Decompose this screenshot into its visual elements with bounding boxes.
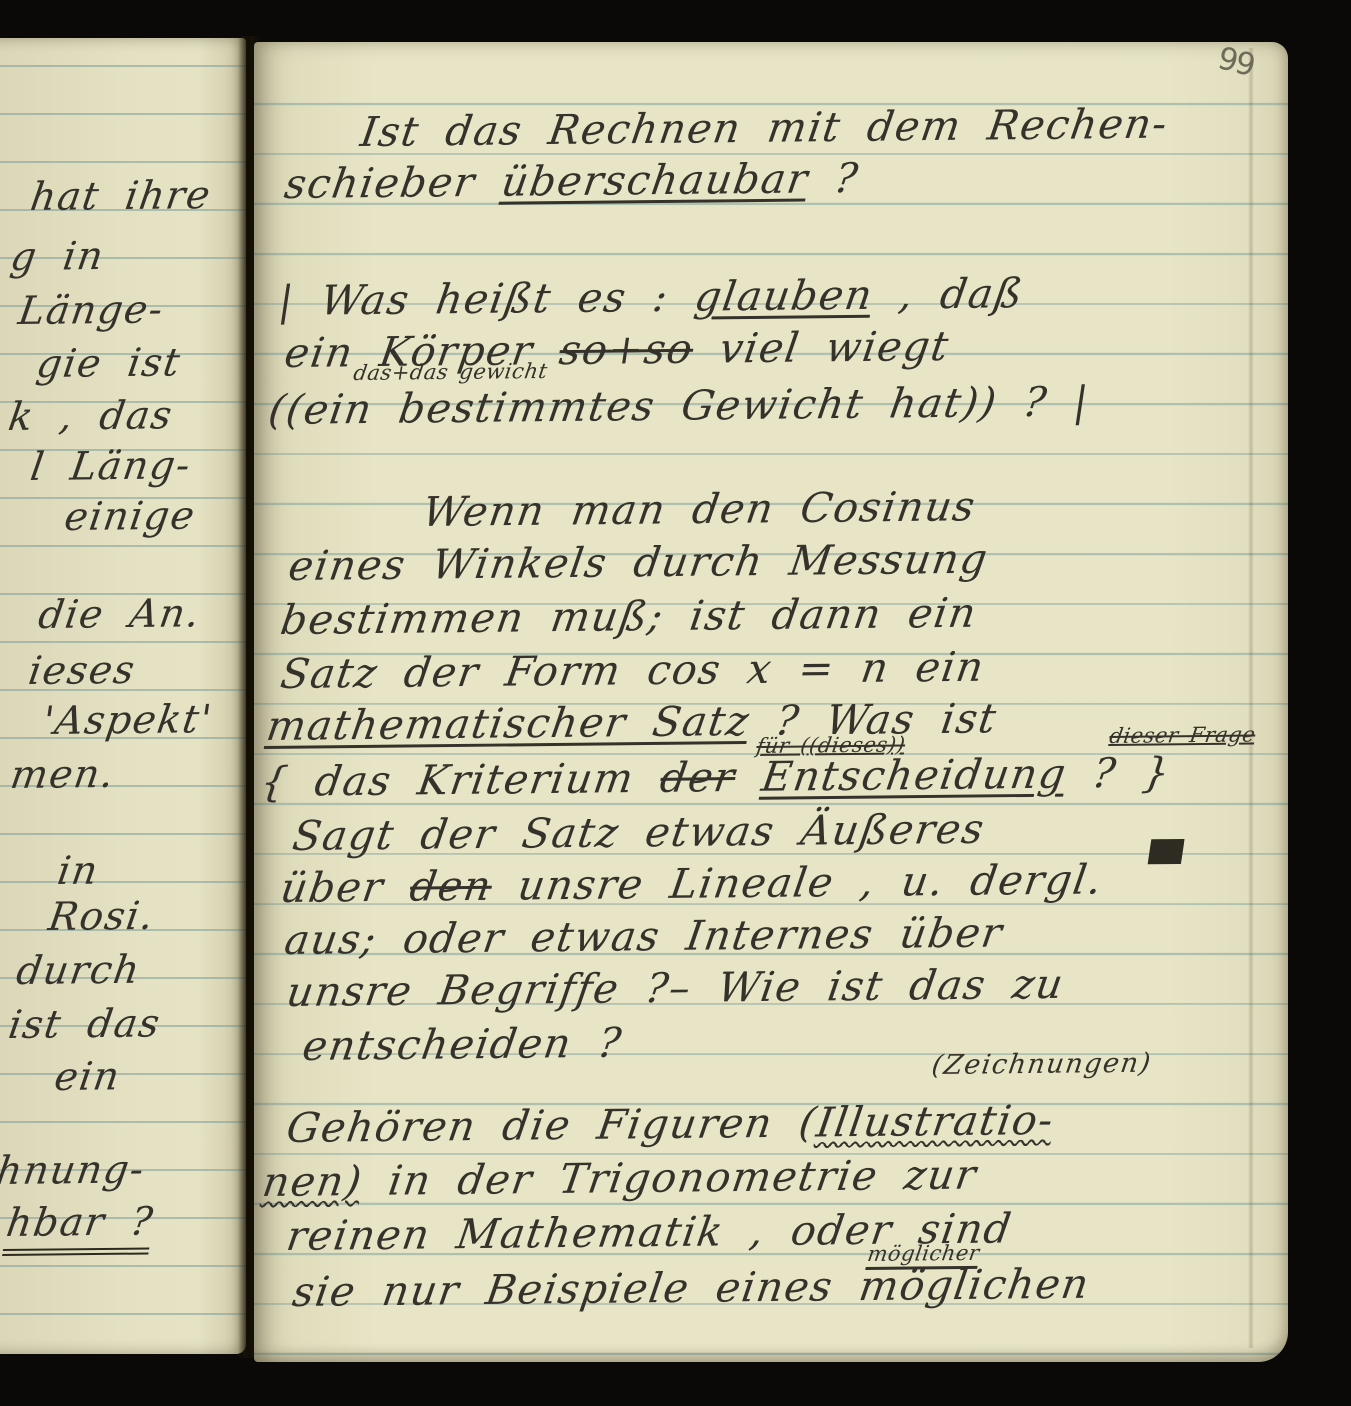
handwriting-segment: 'Aspekt' xyxy=(40,697,216,744)
handwriting-segment: Länge- xyxy=(16,287,167,334)
handwriting-fragment: durch xyxy=(14,951,143,991)
handwriting-segment: unsre Lineale , u. dergl. xyxy=(488,855,1106,909)
manuscript-photo: 99 Ist das Rechnen mit dem Rechen-schieb… xyxy=(0,0,1351,1406)
handwriting-fragment: die An. xyxy=(36,594,203,635)
handwriting-fragment: ist das xyxy=(6,1004,163,1045)
handwriting-segment: glauben xyxy=(692,271,877,321)
handwriting-line: Satz der Form cos x = n ein xyxy=(278,647,987,695)
handwriting-segment: ieses xyxy=(26,648,139,694)
interlinear-insertion: für ((dieses)) xyxy=(755,734,907,757)
handwriting-line: schieber überschaubar ? xyxy=(282,158,861,205)
handwriting-segment: eines Winkels durch Messung xyxy=(286,535,992,590)
interlinear-insertion: dieser Frage xyxy=(1108,724,1257,747)
handwriting-fragment: einige xyxy=(62,497,198,537)
handwriting-segment: einige xyxy=(62,494,199,540)
handwriting-segment: das+das gewicht xyxy=(352,359,549,385)
handwriting-fragment: in xyxy=(55,852,101,891)
handwriting-segment: unsre Begriffe ?– Wie ist das zu xyxy=(284,960,1068,1016)
handwriting-line: sie nur Beispiele eines möglichen xyxy=(290,1264,1093,1313)
handwriting-segment: aus; oder etwas Internes über xyxy=(282,908,1007,964)
handwriting-segment: gie ist xyxy=(34,340,184,387)
handwriting-segment: entscheiden ? xyxy=(300,1019,626,1070)
handwriting-segment: ? xyxy=(805,154,862,203)
handwriting-segment: { das Kriterium xyxy=(258,754,665,806)
handwriting-segment: ? } xyxy=(1063,748,1174,797)
handwriting-fragment: k , das xyxy=(6,396,176,437)
handwriting-fragment: hat ihre xyxy=(28,176,214,217)
handwriting-fragment: hnung- xyxy=(0,1150,148,1191)
handwriting-line: über den unsre Lineale , u. dergl. xyxy=(278,859,1106,909)
handwriting-segment: in xyxy=(55,849,102,894)
handwriting-segment: ein xyxy=(52,1054,124,1100)
handwriting-segment: ist das xyxy=(6,1001,164,1048)
handwriting-segment: Illustratio- xyxy=(813,1096,1057,1146)
interlinear-insertion: ██ xyxy=(1148,842,1184,863)
handwriting-fragment: gie ist xyxy=(34,343,184,384)
handwriting-line: { das Kriterium der Entscheidung ? } xyxy=(258,752,1174,803)
handwriting-line: entscheiden ? xyxy=(300,1023,625,1067)
handwriting-line: ((ein bestimmtes Gewicht hat)) ? | xyxy=(266,381,1092,431)
handwriting-segment: ██ xyxy=(1148,840,1185,864)
handwriting-segment: Ist das Rechnen mit dem Rechen- xyxy=(358,100,1172,156)
handwriting-line: Gehören die Figuren (Illustratio- xyxy=(284,1100,1057,1149)
handwriting-fragment: g in xyxy=(8,237,107,277)
handwriting-segment: möglicher xyxy=(866,1241,981,1266)
handwriting-segment: Sagt der Satz etwas Äußeres xyxy=(290,805,989,860)
handwriting-segment: über xyxy=(278,863,414,912)
handwriting-fragment: l Läng- xyxy=(28,446,194,487)
handwriting-line: nen) in der Trigonometrie zur xyxy=(260,1155,980,1203)
handwriting-segment: bestimmen muß; ist dann ein xyxy=(278,589,981,644)
handwriting-segment: ((ein bestimmtes Gewicht hat)) ? | xyxy=(266,377,1093,434)
handwriting-segment: den xyxy=(407,862,496,911)
handwriting-segment: dieser Frage xyxy=(1108,722,1257,748)
handwriting-segment: sie nur Beispiele eines möglichen xyxy=(290,1260,1094,1316)
handwriting-segment: in der Trigonometrie zur xyxy=(359,1151,981,1205)
handwriting-segment: (Zeichnungen) xyxy=(930,1048,1154,1081)
handwriting-segment: viel wiegt xyxy=(690,322,953,373)
handwriting-segment: hat ihre xyxy=(28,173,215,220)
handwriting-fragment: hbar ? xyxy=(4,1202,156,1243)
handwriting-fragment: Rosi. xyxy=(46,897,157,937)
handwriting-fragment: 'Aspekt' xyxy=(40,700,215,741)
handwriting-segment: Wenn man den Cosinus xyxy=(420,482,980,536)
handwriting-segment: men. xyxy=(8,752,118,798)
handwriting-fragment: men. xyxy=(8,755,118,795)
handwriting-segment: hbar ? xyxy=(2,1199,157,1256)
interlinear-insertion: möglicher xyxy=(866,1243,981,1265)
handwriting-fragment: ieses xyxy=(26,651,138,691)
handwriting-fragment: Länge- xyxy=(16,290,167,331)
handwriting-segment: der xyxy=(657,753,739,802)
handwriting-segment: l Läng- xyxy=(28,443,195,490)
handwriting-segment: so+so xyxy=(556,325,697,374)
interlinear-insertion: (Zeichnungen) xyxy=(930,1050,1154,1079)
handwriting-segment: durch xyxy=(14,948,144,994)
interlinear-insertion: das+das gewicht xyxy=(352,361,549,384)
handwriting-line: Wenn man den Cosinus xyxy=(420,486,979,533)
handwriting-segment: mathematischer Satz xyxy=(264,697,754,750)
handwriting-segment: | Was heißt es : xyxy=(276,273,699,325)
page-crease xyxy=(1248,48,1254,1348)
handwriting-segment: k , das xyxy=(6,393,176,440)
handwriting-segment: für ((dieses)) xyxy=(755,732,907,758)
handwriting-line: Sagt der Satz etwas Äußeres xyxy=(290,809,988,857)
handwriting-line: bestimmen muß; ist dann ein xyxy=(278,593,980,641)
handwriting-segment: überschaubar xyxy=(498,155,812,206)
handwriting-segment: Satz der Form cos x = n ein xyxy=(278,643,988,698)
handwriting-fragment: ein xyxy=(52,1057,123,1097)
handwriting-segment: Rosi. xyxy=(46,894,158,940)
handwriting-segment: hnung- xyxy=(0,1147,148,1194)
handwriting-line: unsre Begriffe ?– Wie ist das zu xyxy=(284,964,1067,1013)
handwriting-line: aus; oder etwas Internes über xyxy=(282,912,1006,961)
handwriting-segment: Gehören die Figuren ( xyxy=(284,1098,821,1152)
handwriting-segment: schieber xyxy=(282,158,506,208)
handwriting-segment: g in xyxy=(8,234,108,280)
handwriting-segment: die An. xyxy=(36,591,204,638)
handwriting-segment: , daß xyxy=(869,269,1027,319)
handwriting-line: Ist das Rechnen mit dem Rechen- xyxy=(358,104,1171,153)
handwriting-line: | Was heißt es : glauben , daß xyxy=(276,273,1026,322)
handwriting-line: eines Winkels durch Messung xyxy=(286,539,991,587)
handwriting-segment: nen) xyxy=(260,1157,366,1206)
